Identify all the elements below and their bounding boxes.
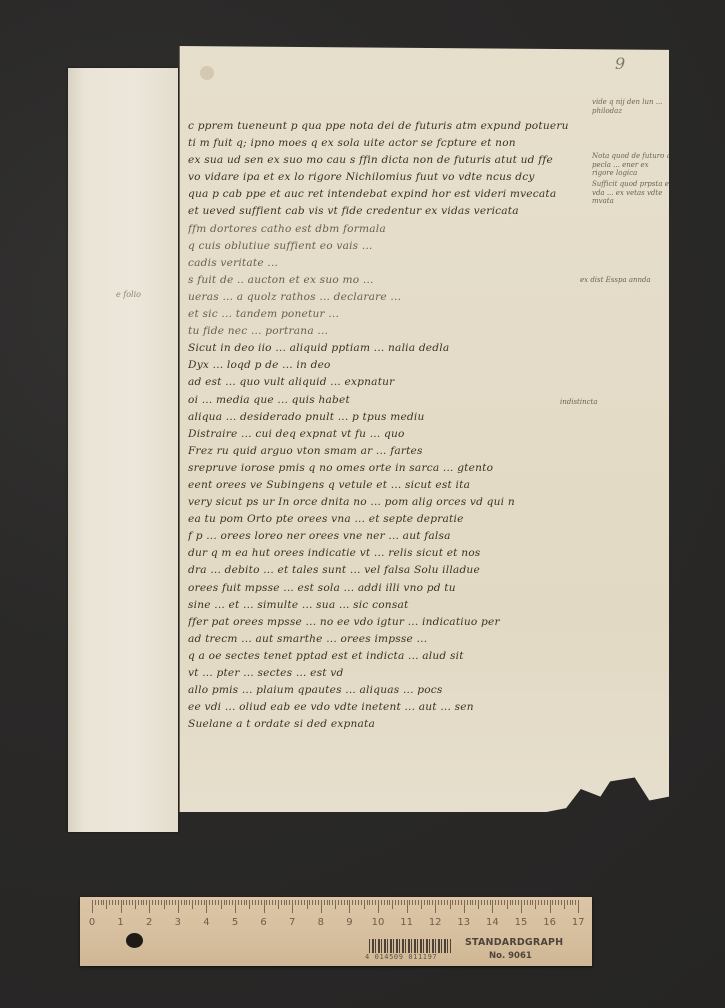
ruler-tick xyxy=(327,900,328,905)
ruler-tick xyxy=(389,900,390,905)
margin-note: indistincta xyxy=(560,398,640,407)
ruler-tick xyxy=(175,900,176,905)
ruler-tick xyxy=(478,900,479,909)
measurement-ruler: 01234567891011121314151617 4 014509 0111… xyxy=(80,897,592,966)
ruler-tick xyxy=(295,900,296,905)
ruler-tick xyxy=(378,900,379,913)
ruler-tick xyxy=(438,900,439,905)
ruler-label: 16 xyxy=(543,917,556,928)
ruler-tick xyxy=(361,900,362,905)
ruler-tick xyxy=(447,900,448,905)
text-line: Suelane a t ordate si ded expnata xyxy=(188,716,568,733)
ruler-tick xyxy=(141,900,142,905)
text-line: oi ... media que ... quis habet xyxy=(188,392,568,409)
ruler-model: No. 9061 xyxy=(489,951,532,961)
barcode-number: 4 014509 011197 xyxy=(365,953,437,961)
ruler-tick xyxy=(409,900,410,905)
ruler-tick xyxy=(467,900,468,905)
ruler-label: 4 xyxy=(203,917,209,928)
ruler-tick xyxy=(384,900,385,905)
ruler-tick xyxy=(169,900,170,905)
ruler-tick xyxy=(181,900,182,905)
ruler-tick xyxy=(398,900,399,905)
text-line: c pprem tueneunt p qua ppe nota dei de f… xyxy=(188,118,568,135)
ruler-tick xyxy=(415,900,416,905)
ruler-tick xyxy=(126,900,127,905)
ruler-tick xyxy=(235,900,236,913)
ruler-tick xyxy=(138,900,139,905)
ruler-tick xyxy=(575,900,576,905)
ruler-tick xyxy=(329,900,330,905)
ruler-tick xyxy=(298,900,299,905)
margin-note: Sufficit quod prpsta e vda ... ex vetas … xyxy=(592,180,672,206)
main-text-block: c pprem tueneunt p qua ppe nota dei de f… xyxy=(188,118,568,733)
ruler-tick xyxy=(387,900,388,905)
ruler-label: 5 xyxy=(232,917,238,928)
ruler-tick xyxy=(572,900,573,905)
ruler-tick xyxy=(281,900,282,905)
ruler-tick xyxy=(538,900,539,905)
ruler-label: 12 xyxy=(429,917,442,928)
ruler-brand: STANDARDGRAPH xyxy=(465,937,563,948)
ruler-tick xyxy=(341,900,342,905)
folio-number: 9 xyxy=(615,54,625,73)
ruler-tick xyxy=(524,900,525,905)
text-line: allo pmis ... plaium qpautes ... aliquas… xyxy=(188,682,568,699)
ruler-tick xyxy=(92,900,93,913)
ruler-tick xyxy=(172,900,173,905)
ruler-tick xyxy=(421,900,422,909)
ruler-tick xyxy=(395,900,396,905)
ruler-tick xyxy=(455,900,456,905)
margin-note: vide q nij den lun ... philodaz xyxy=(592,98,672,115)
ruler-tick xyxy=(464,900,465,913)
text-line: ee vdi ... oliud eab ee vdo vdte inetent… xyxy=(188,699,568,716)
ruler-tick xyxy=(164,900,165,909)
barcode xyxy=(369,939,451,953)
ruler-tick xyxy=(518,900,519,905)
ruler-tick xyxy=(578,900,579,913)
ruler-tick xyxy=(532,900,533,905)
ruler-tick xyxy=(521,900,522,913)
ruler-tick xyxy=(570,900,571,905)
ruler-tick xyxy=(550,900,551,913)
ruler-tick xyxy=(432,900,433,905)
ruler-tick xyxy=(358,900,359,905)
ruler-tick xyxy=(332,900,333,905)
stain-mark xyxy=(200,66,214,80)
ruler-tick xyxy=(186,900,187,905)
text-line: dur q m ea hut orees indicatie vt ... re… xyxy=(188,545,568,562)
text-line: srepruve iorose pmis q no omes orte in s… xyxy=(188,460,568,477)
ruler-tick xyxy=(98,900,99,905)
ruler-label: 10 xyxy=(372,917,385,928)
left-paper-strip: e folio xyxy=(68,68,178,832)
ruler-tick xyxy=(158,900,159,905)
ruler-tick xyxy=(504,900,505,905)
ruler-tick xyxy=(118,900,119,905)
ruler-tick xyxy=(292,900,293,913)
ruler-tick xyxy=(501,900,502,905)
ruler-tick xyxy=(121,900,122,913)
ruler-tick xyxy=(146,900,147,905)
ruler-tick xyxy=(552,900,553,905)
ruler-tick xyxy=(367,900,368,905)
text-line: f p ... orees loreo ner orees vne ner ..… xyxy=(188,528,568,545)
ruler-tick xyxy=(255,900,256,905)
ruler-tick xyxy=(315,900,316,905)
ruler-tick xyxy=(475,900,476,905)
ruler-tick xyxy=(541,900,542,905)
ruler-tick xyxy=(152,900,153,905)
ruler-tick xyxy=(375,900,376,905)
text-line: s fuit de .. aucton et ex suo mo ... xyxy=(188,272,568,289)
ruler-tick xyxy=(266,900,267,905)
ruler-tick xyxy=(444,900,445,905)
ruler-tick xyxy=(352,900,353,905)
ruler-tick xyxy=(218,900,219,905)
ruler-tick xyxy=(129,900,130,905)
ruler-tick xyxy=(155,900,156,905)
ruler-label: 0 xyxy=(89,917,95,928)
ruler-tick xyxy=(435,900,436,913)
ruler-tick xyxy=(229,900,230,905)
ruler-tick xyxy=(301,900,302,905)
ruler-tick xyxy=(335,900,336,909)
ruler-tick xyxy=(252,900,253,905)
text-line: orees fuit mpsse ... est sola ... addi i… xyxy=(188,580,568,597)
ruler-tick xyxy=(510,900,511,905)
ruler-tick xyxy=(284,900,285,905)
ruler-tick xyxy=(289,900,290,905)
ruler-tick xyxy=(344,900,345,905)
ruler-tick xyxy=(215,900,216,905)
ruler-tick xyxy=(258,900,259,905)
margin-note: Nota quod de futuro q pecla ... ener ex … xyxy=(592,152,672,178)
ruler-tick xyxy=(115,900,116,905)
ruler-tick xyxy=(238,900,239,905)
ruler-tick xyxy=(369,900,370,905)
ruler-label: 13 xyxy=(457,917,470,928)
ruler-tick xyxy=(166,900,167,905)
ruler-tick xyxy=(338,900,339,905)
ruler-tick xyxy=(490,900,491,905)
text-line: sine ... et ... simulte ... sua ... sic … xyxy=(188,597,568,614)
ruler-tick xyxy=(309,900,310,905)
text-line: dra ... debito ... et tales sunt ... vel… xyxy=(188,562,568,579)
ruler-tick xyxy=(429,900,430,905)
ruler-tick xyxy=(232,900,233,905)
ruler-tick xyxy=(246,900,247,905)
ruler-tick xyxy=(321,900,322,913)
ruler-tick xyxy=(318,900,319,905)
ruler-tick xyxy=(472,900,473,905)
ruler-tick xyxy=(418,900,419,905)
ruler-tick xyxy=(244,900,245,905)
ruler-tick xyxy=(307,900,308,909)
text-line: ad est ... quo vult aliquid ... expnatur xyxy=(188,374,568,391)
ruler-tick xyxy=(498,900,499,905)
ruler-tick xyxy=(567,900,568,905)
ruler-tick xyxy=(561,900,562,905)
ruler-tick xyxy=(286,900,287,905)
text-line: ueras ... a quolz rathos ... declarare .… xyxy=(188,289,568,306)
ruler-tick xyxy=(452,900,453,905)
text-line: Distraire ... cui deq expnat vt fu ... q… xyxy=(188,426,568,443)
ruler-tick xyxy=(441,900,442,905)
ruler-tick xyxy=(275,900,276,905)
ruler-tick xyxy=(161,900,162,905)
text-line: Sicut in deo iio ... aliquid pptiam ... … xyxy=(188,340,568,357)
ruler-tick xyxy=(424,900,425,905)
text-line: vo vidare ipa et ex lo rigore Nichilomiu… xyxy=(188,169,568,186)
text-line: ex sua ud sen ex suo mo cau s ffin dicta… xyxy=(188,152,568,169)
text-line: ffm dortores catho est dbm formala xyxy=(188,221,568,238)
ruler-tick xyxy=(401,900,402,905)
ruler-tick xyxy=(198,900,199,905)
ruler-tick xyxy=(450,900,451,909)
text-line: tu fide nec ... portrana ... xyxy=(188,323,568,340)
ruler-tick xyxy=(149,900,150,913)
text-line: ad trecm ... aut smarthe ... orees impss… xyxy=(188,631,568,648)
ruler-tick xyxy=(221,900,222,909)
text-line: cadis veritate ... xyxy=(188,255,568,272)
text-line: et ueved suffient cab vis vt fide creden… xyxy=(188,203,568,220)
ruler-label: 8 xyxy=(318,917,324,928)
ruler-tick xyxy=(470,900,471,905)
ruler-tick xyxy=(404,900,405,905)
text-line: ea tu pom Orto pte orees vna ... et sept… xyxy=(188,511,568,528)
text-line: ti m fuit q; ipno moes q ex sola uite ac… xyxy=(188,135,568,152)
text-line: aliqua ... desiderado pnult ... p tpus m… xyxy=(188,409,568,426)
ruler-tick xyxy=(249,900,250,909)
ruler-tick xyxy=(487,900,488,905)
ruler-tick xyxy=(103,900,104,905)
ruler-tick xyxy=(481,900,482,905)
ruler-tick xyxy=(201,900,202,905)
ruler-label: 17 xyxy=(572,917,585,928)
ruler-tick xyxy=(458,900,459,905)
ruler-tick xyxy=(241,900,242,905)
ruler-label: 2 xyxy=(146,917,152,928)
ruler-tick xyxy=(192,900,193,909)
ruler-tick xyxy=(204,900,205,905)
ruler-tick xyxy=(412,900,413,905)
text-line: q a oe sectes tenet pptad est et indicta… xyxy=(188,648,568,665)
ruler-tick xyxy=(95,900,96,905)
text-line: et sic ... tandem ponetur ... xyxy=(188,306,568,323)
ruler-tick xyxy=(224,900,225,905)
ruler-tick xyxy=(178,900,179,913)
ruler-tick xyxy=(355,900,356,905)
ruler-tick xyxy=(106,900,107,909)
ruler-tick xyxy=(544,900,545,905)
ruler-tick xyxy=(558,900,559,905)
ruler-tick xyxy=(123,900,124,905)
ruler-label: 11 xyxy=(400,917,413,928)
ruler-tick xyxy=(261,900,262,905)
ruler-label: 7 xyxy=(289,917,295,928)
ruler-label: 14 xyxy=(486,917,499,928)
ruler-tick xyxy=(226,900,227,905)
ruler-tick xyxy=(507,900,508,909)
text-line: Dyx ... loqd p de ... in deo xyxy=(188,357,568,374)
ruler-tick xyxy=(112,900,113,905)
margin-note: ex dist Esspa annda xyxy=(580,276,660,285)
ruler-label: 3 xyxy=(175,917,181,928)
text-line: Frez ru quid arguo vton smam ar ... fart… xyxy=(188,443,568,460)
ruler-tick xyxy=(189,900,190,905)
text-line: ffer pat orees mpsse ... no ee vdo igtur… xyxy=(188,614,568,631)
text-line: eent orees ve Subingens q vetule et ... … xyxy=(188,477,568,494)
ruler-tick xyxy=(109,900,110,905)
ruler-tick xyxy=(564,900,565,909)
ruler-tick xyxy=(484,900,485,905)
ruler-tick xyxy=(206,900,207,913)
ruler-tick xyxy=(312,900,313,905)
ruler-tick xyxy=(530,900,531,905)
ruler-tick xyxy=(101,900,102,905)
text-line: very sicut ps ur In orce dnita no ... po… xyxy=(188,494,568,511)
ruler-label: 15 xyxy=(515,917,528,928)
ruler-tick xyxy=(184,900,185,905)
ruler-tick xyxy=(364,900,365,909)
ruler-tick xyxy=(547,900,548,905)
ruler-tick xyxy=(347,900,348,905)
ruler-tick xyxy=(407,900,408,913)
ruler-label: 6 xyxy=(260,917,266,928)
ruler-tick xyxy=(132,900,133,905)
ruler-tick xyxy=(535,900,536,909)
ruler-label: 1 xyxy=(117,917,123,928)
manuscript-page: 9 c pprem tueneunt p qua ppe nota dei de… xyxy=(179,46,669,812)
ruler-tick xyxy=(381,900,382,905)
ruler-tick xyxy=(195,900,196,905)
ruler-hole xyxy=(126,933,143,948)
ruler-tick xyxy=(209,900,210,905)
ruler-tick xyxy=(135,900,136,909)
ruler-tick xyxy=(272,900,273,905)
ruler-tick xyxy=(324,900,325,905)
ruler-tick xyxy=(264,900,265,913)
ruler-tick xyxy=(372,900,373,905)
strip-margin-note: e folio xyxy=(116,290,141,299)
ruler-tick xyxy=(143,900,144,905)
ruler-tick xyxy=(492,900,493,913)
ruler-tick xyxy=(495,900,496,905)
text-line: vt ... pter ... sectes ... est vd xyxy=(188,665,568,682)
ruler-tick xyxy=(515,900,516,905)
ruler-tick xyxy=(527,900,528,905)
ruler-tick xyxy=(461,900,462,905)
ruler-tick xyxy=(512,900,513,905)
ruler-tick xyxy=(278,900,279,909)
ruler-tick xyxy=(427,900,428,905)
text-line: qua p cab ppe et auc ret intendebat expi… xyxy=(188,186,568,203)
ruler-label: 9 xyxy=(346,917,352,928)
ruler-tick xyxy=(304,900,305,905)
ruler-tick xyxy=(212,900,213,905)
ruler-tick xyxy=(349,900,350,913)
ruler-tick xyxy=(269,900,270,905)
text-line: q cuis oblutiue suffient eo vais ... xyxy=(188,238,568,255)
ruler-ticks: 01234567891011121314151617 xyxy=(92,900,580,914)
ruler-tick xyxy=(555,900,556,905)
ruler-tick xyxy=(392,900,393,909)
